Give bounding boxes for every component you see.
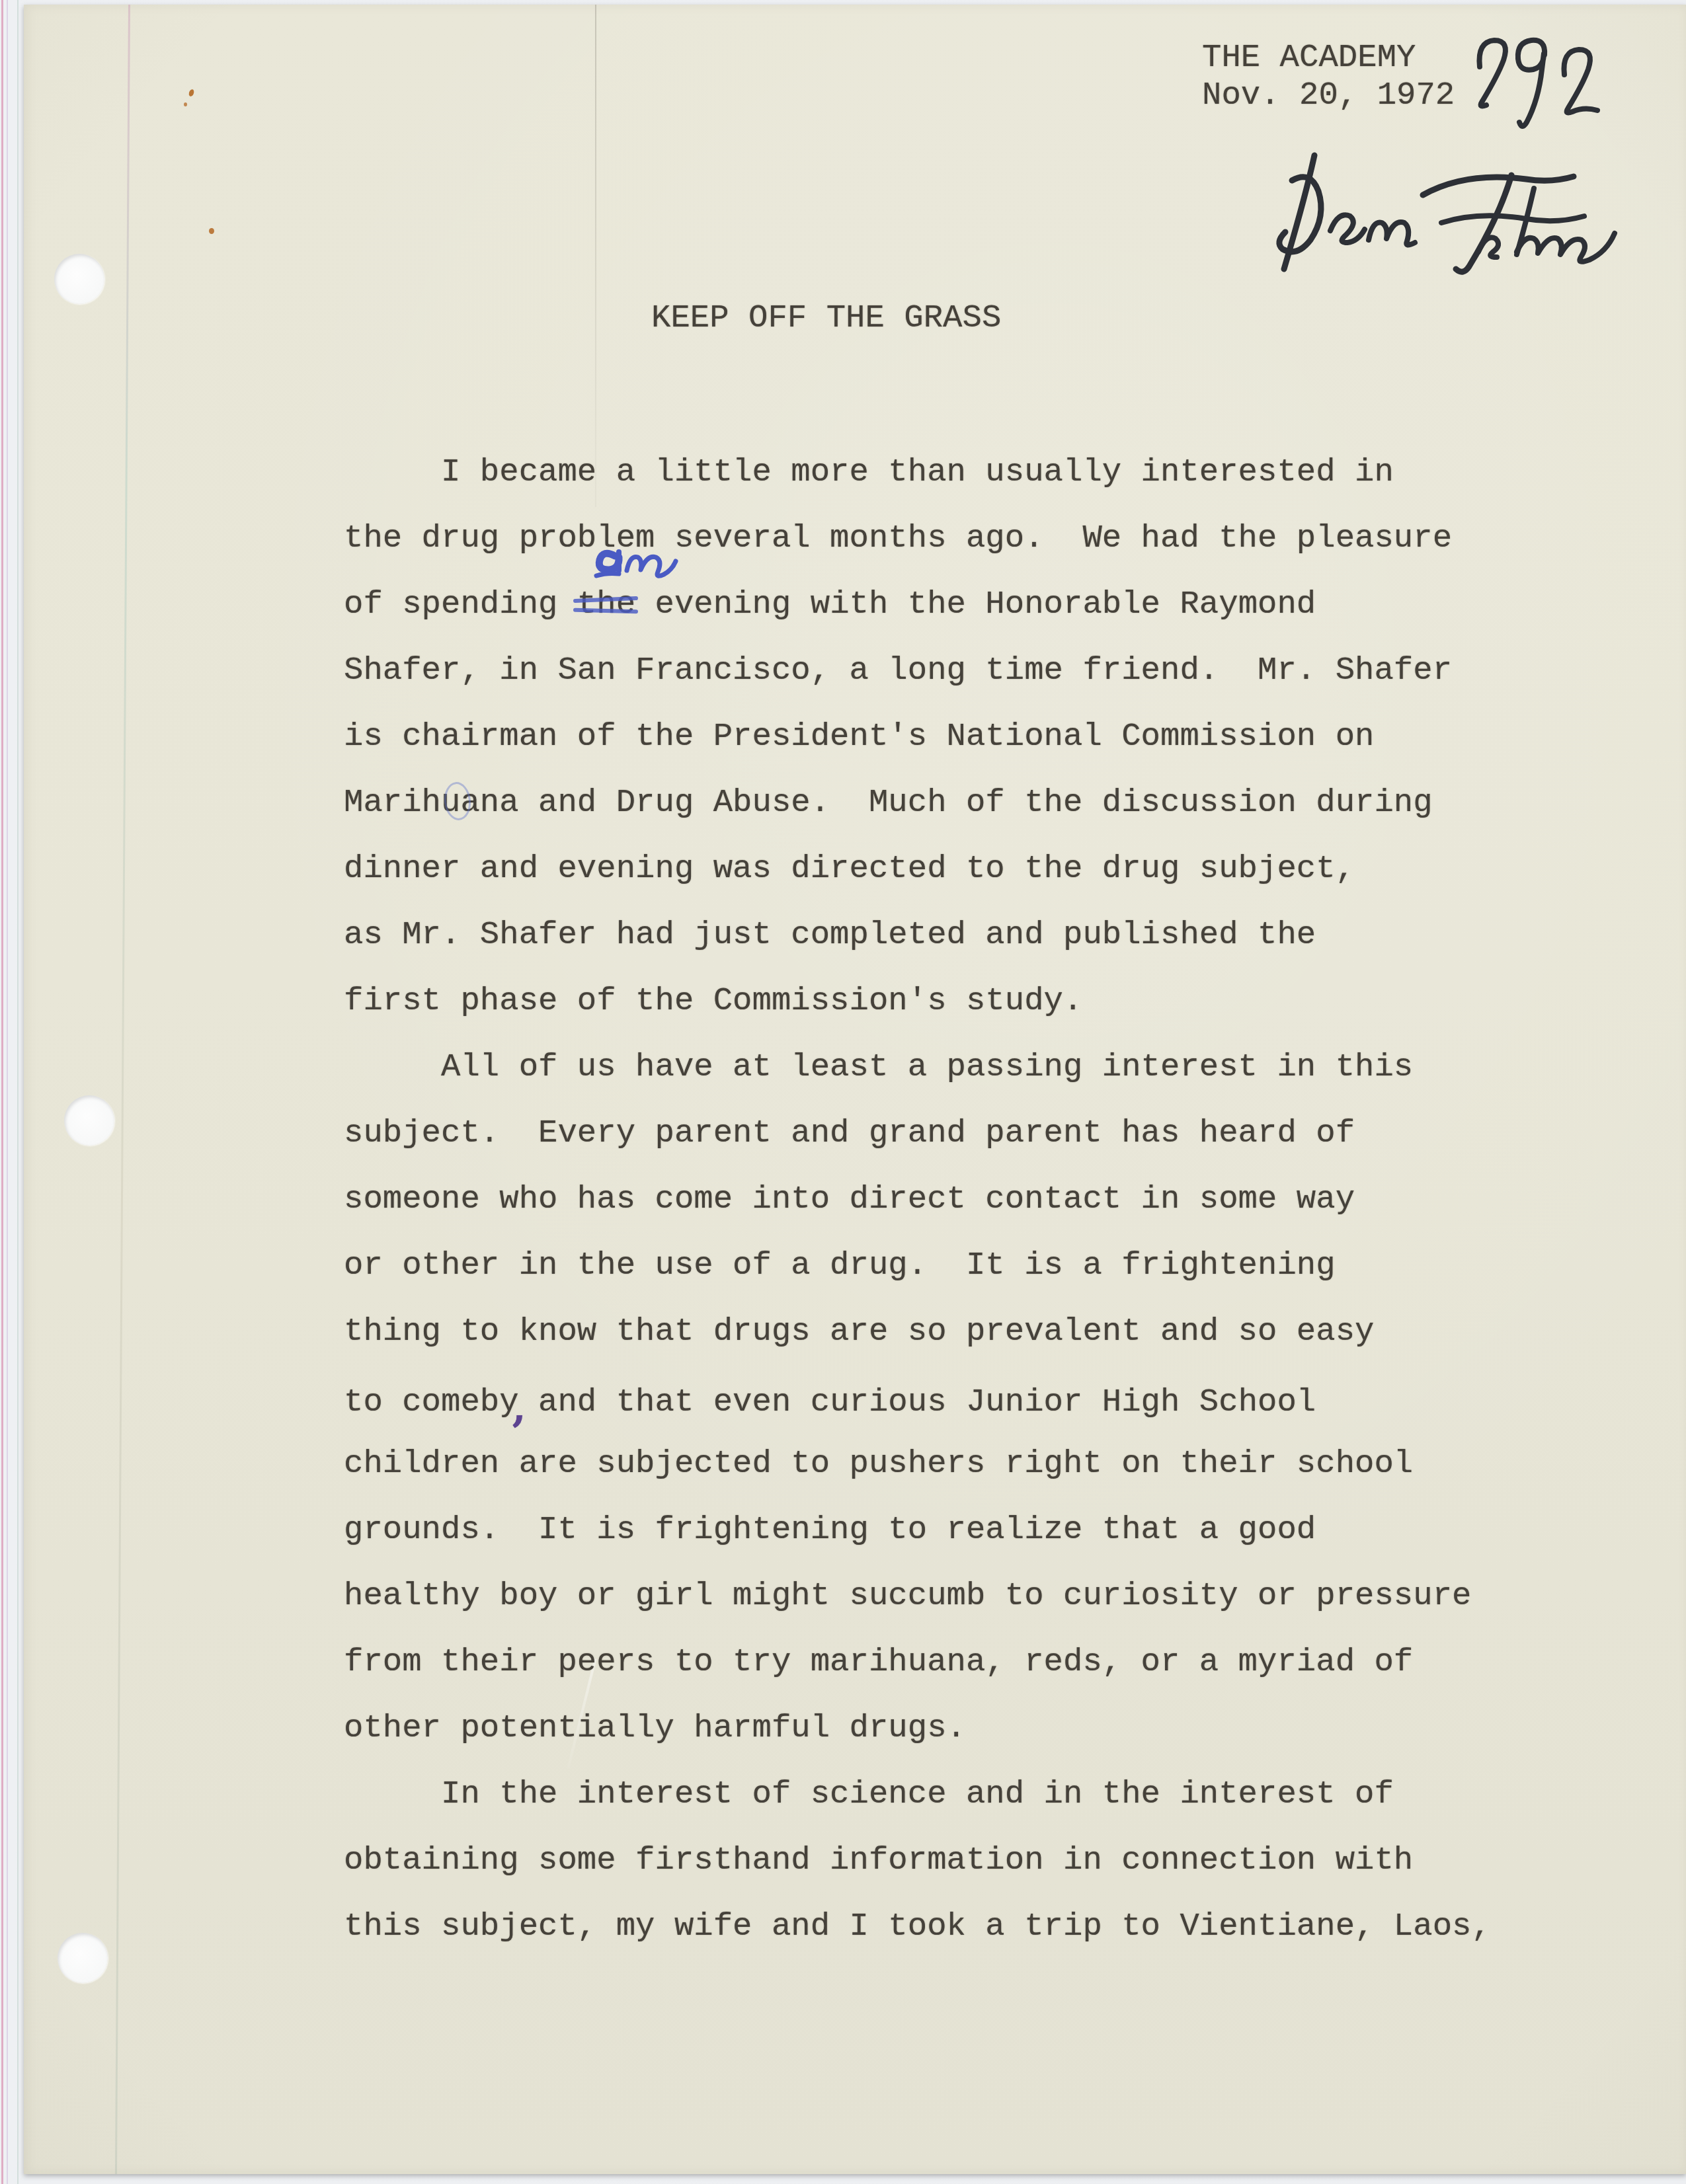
typed-line: I became a little more than usually inte… <box>344 439 1491 505</box>
typed-line: Marihuana and Drug Abuse. Much of the di… <box>344 769 1491 836</box>
typed-line: someone who has come into direct contact… <box>344 1166 1491 1232</box>
paper-crease <box>115 5 130 2174</box>
stamp-org-line: THE ACADEMY <box>1202 39 1416 76</box>
typed-line: is chairman of the President's National … <box>344 703 1491 769</box>
typed-line: Shafer, in San Francisco, a long time fr… <box>344 637 1491 703</box>
typed-line: grounds. It is frightening to realize th… <box>344 1497 1491 1563</box>
scanner-edge-line <box>1 0 3 2184</box>
typed-line: to comeby, and that even curious Junior … <box>344 1364 1491 1430</box>
typed-line: as Mr. Shafer had just completed and pub… <box>344 902 1491 968</box>
page-title: KEEP OFF THE GRASS <box>651 298 1001 338</box>
scanner-edge-line <box>17 0 19 2184</box>
document-page: THE ACADEMY Nov. 20, 1972 KEEP OFF THE G… <box>24 5 1686 2174</box>
typed-line: other potentially harmful drugs. <box>344 1695 1491 1761</box>
typed-line: this subject, my wife and I took a trip … <box>344 1893 1491 1959</box>
handwritten-page-number <box>1464 31 1609 137</box>
paper-crease <box>595 5 596 507</box>
typed-line: All of us have at least a passing intere… <box>344 1034 1491 1100</box>
typed-segment-typed: to comeby <box>344 1384 519 1421</box>
typed-line: of spending the evening with the Honorab… <box>344 571 1491 637</box>
date-stamp: THE ACADEMY Nov. 20, 1972 <box>1202 39 1455 114</box>
typed-line: dinner and evening was directed to the d… <box>344 836 1491 902</box>
typed-segment-typed: and that even curious Junior High School <box>519 1384 1316 1421</box>
handwritten-signature <box>1246 142 1629 281</box>
rust-stain <box>188 89 194 97</box>
scanner-background: THE ACADEMY Nov. 20, 1972 KEEP OFF THE G… <box>0 0 1686 2184</box>
typed-line: the drug problem several months ago. We … <box>344 505 1491 571</box>
typed-segment-typed: of spending <box>344 586 577 623</box>
body-text: I became a little more than usually inte… <box>344 439 1491 1959</box>
typed-line: healthy boy or girl might succumb to cur… <box>344 1563 1491 1629</box>
typed-line: obtaining some firsthand information in … <box>344 1827 1491 1893</box>
scanner-edge-line <box>7 0 8 2184</box>
typed-line: In the interest of science and in the in… <box>344 1761 1491 1827</box>
typed-segment-typed: evening with the Honorable Raymond <box>635 586 1316 623</box>
stamp-date-line: Nov. 20, 1972 <box>1202 77 1455 114</box>
typed-line: subject. Every parent and grand parent h… <box>344 1100 1491 1166</box>
insertion-annotation <box>590 532 689 585</box>
typed-line: from their peers to try marihuana, reds,… <box>344 1629 1491 1695</box>
typed-line: thing to know that drugs are so prevalen… <box>344 1298 1491 1364</box>
typed-line: first phase of the Commission's study. <box>344 968 1491 1034</box>
rust-stain <box>184 102 187 106</box>
hole-punch-middle <box>64 1095 114 1146</box>
rust-stain <box>209 228 214 234</box>
hole-punch-top <box>54 254 104 304</box>
typed-line: or other in the use of a drug. It is a f… <box>344 1232 1491 1298</box>
typed-line: children are subjected to pushers right … <box>344 1430 1491 1497</box>
hole-punch-bottom <box>58 1933 108 1983</box>
